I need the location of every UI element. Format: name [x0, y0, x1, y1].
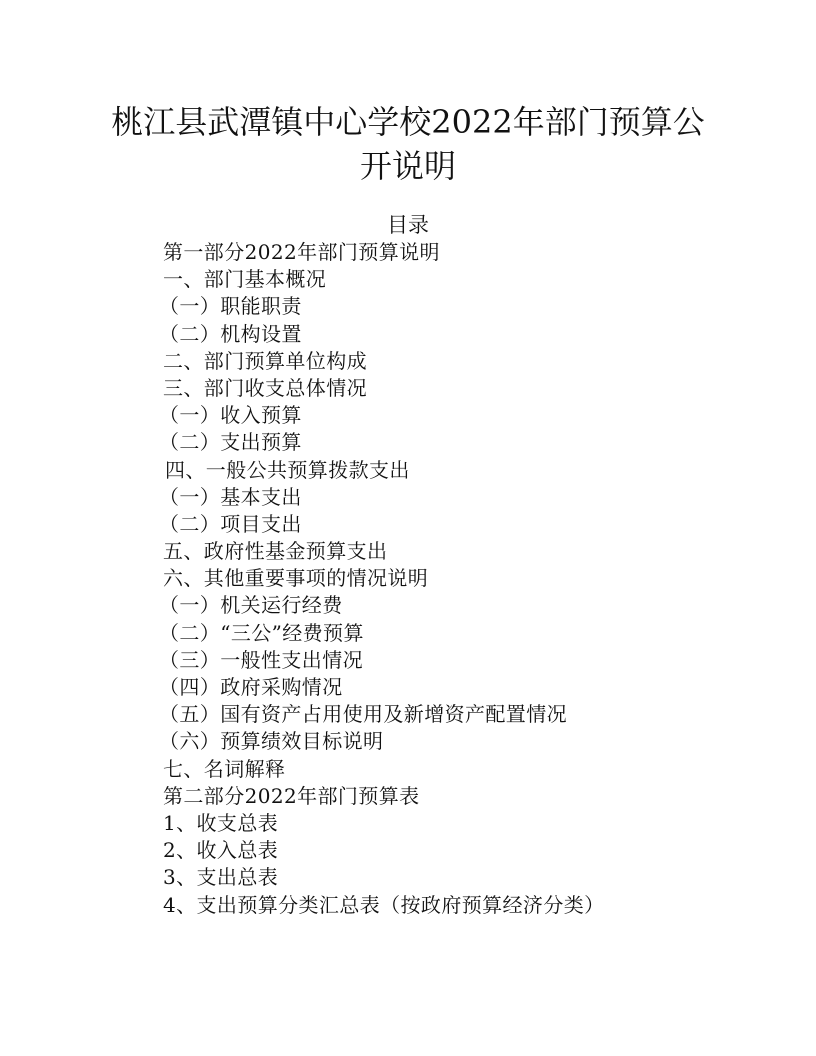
title-line-2: 开说明 [360, 147, 456, 185]
toc-item-sub: （一）收入预算 [159, 402, 605, 429]
toc-item-sub: （一）基本支出 [159, 484, 605, 511]
title-line-1: 桃江县武潭镇中心学校2022年部门预算公 [111, 103, 704, 141]
document-title: 桃江县武潭镇中心学校2022年部门预算公 开说明 [100, 100, 716, 188]
document-page: 桃江县武潭镇中心学校2022年部门预算公 开说明 目录 第一部分2022年部门预… [0, 0, 816, 1056]
toc-item-table: 3、支出总表 [163, 864, 605, 891]
toc-item-section: 六、其他重要事项的情况说明 [163, 565, 605, 592]
toc-item-section: 二、部门预算单位构成 [163, 348, 605, 375]
toc-item-sub: （一）机关运行经费 [159, 592, 605, 619]
toc-item-section: 五、政府性基金预算支出 [163, 538, 605, 565]
toc-item-sub: （三）一般性支出情况 [159, 647, 605, 674]
toc-item-sub: （二）机构设置 [159, 321, 605, 348]
toc-item-section: 七、名词解释 [163, 756, 605, 783]
toc-heading: 目录 [0, 211, 816, 239]
toc-item-table: 2、收入总表 [163, 837, 605, 864]
toc-item-table: 4、支出预算分类汇总表（按政府预算经济分类） [163, 892, 605, 919]
toc-item-part-2: 第二部分2022年部门预算表 [163, 783, 605, 810]
toc-item-part-1: 第一部分2022年部门预算说明 [163, 239, 605, 266]
toc-item-sub: （二）“三公”经费预算 [159, 620, 605, 647]
toc-item-sub: （四）政府采购情况 [159, 674, 605, 701]
toc-item-sub: （二）项目支出 [159, 511, 605, 538]
table-of-contents: 第一部分2022年部门预算说明 一、部门基本概况 （一）职能职责 （二）机构设置… [163, 239, 605, 919]
toc-item-table: 1、收支总表 [163, 810, 605, 837]
toc-item-section: 一、部门基本概况 [163, 266, 605, 293]
toc-heading-text: 目录 [387, 211, 429, 239]
toc-item-section: 四、一般公共预算拨款支出 [165, 457, 605, 484]
toc-item-section: 三、部门收支总体情况 [163, 375, 605, 402]
toc-item-sub: （一）职能职责 [159, 293, 605, 320]
toc-item-sub: （五）国有资产占用使用及新增资产配置情况 [159, 701, 605, 728]
toc-item-sub: （二）支出预算 [159, 429, 605, 456]
toc-item-sub: （六）预算绩效目标说明 [159, 728, 605, 755]
